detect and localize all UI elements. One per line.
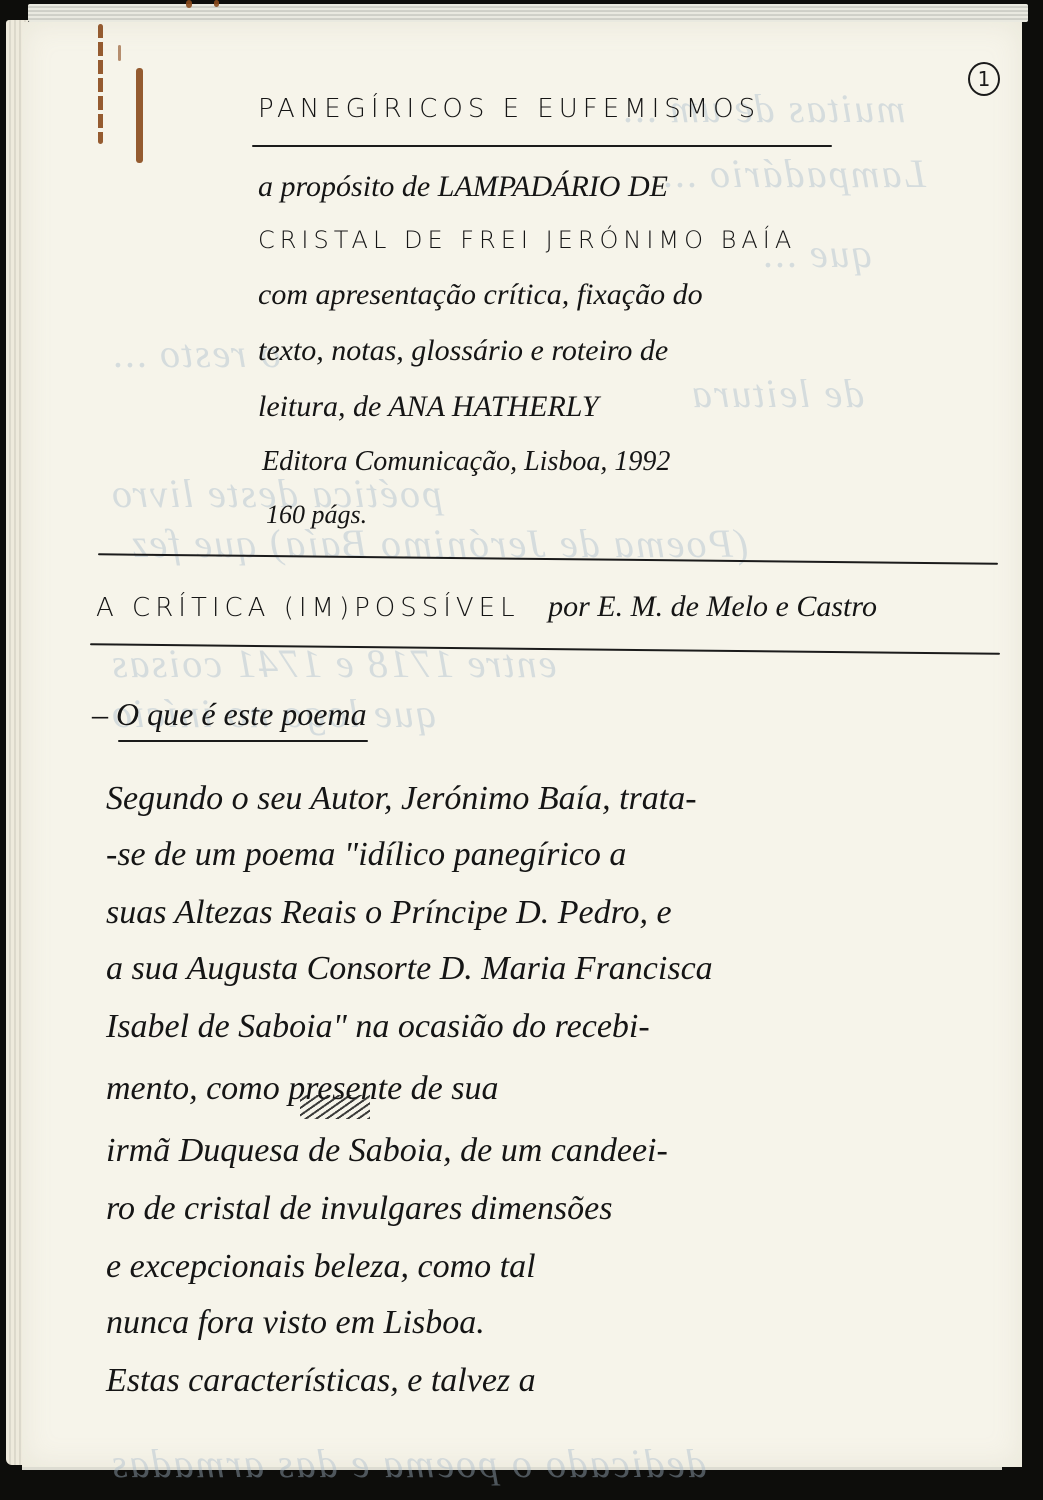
- circled-page-number: 1: [968, 62, 1000, 96]
- subtitle-line: com apresentação crítica, fixação do: [258, 278, 703, 312]
- stacked-pages-top-edge: [28, 4, 1028, 22]
- body-line: Estas características, e talvez a: [106, 1362, 536, 1400]
- subtitle-line: texto, notas, glossário e roteiro de: [258, 334, 668, 368]
- title-underline: [252, 145, 832, 147]
- body-line: irmã Duquesa de Saboia, de um candeei-: [106, 1132, 668, 1170]
- subtitle-line: leitura, de ANA HATHERLY: [258, 390, 599, 424]
- crossed-out-word: [300, 1095, 370, 1119]
- subtitle-line: CRISTAL DE FREI JERÓNIMO BAÍA: [258, 226, 796, 254]
- body-line: Segundo o seu Autor, Jerónimo Baía, trat…: [106, 780, 697, 818]
- rust-staple-mark: [98, 24, 103, 144]
- body-line: suas Altezas Reais o Príncipe D. Pedro, …: [106, 894, 672, 932]
- rust-spot: [186, 0, 192, 8]
- page-count: 160 págs.: [266, 500, 367, 530]
- manuscript-title: PANEGÍRICOS E EUFEMISMOS: [258, 94, 760, 124]
- body-line: nunca fora visto em Lisboa.: [106, 1304, 485, 1342]
- bleed-through-text: dedicado o poema e das armadas: [110, 1440, 707, 1487]
- bleed-through-text: o resto ...: [110, 330, 281, 377]
- body-line: Isabel de Saboia" na ocasião do recebi-: [106, 1008, 650, 1046]
- body-line: e excepcionais beleza, como tal: [106, 1248, 536, 1286]
- bleed-through-text: de leitura: [690, 370, 864, 417]
- publisher-line: Editora Comunicação, Lisboa, 1992: [262, 446, 670, 478]
- review-heading: A CRÍTICA (IM)POSSÍVEL por E. M. de Melo…: [96, 590, 877, 624]
- body-line: a sua Augusta Consorte D. Maria Francisc…: [106, 950, 713, 988]
- section-heading-underline: [118, 740, 368, 742]
- bleed-through-text: Lampadário ...: [660, 150, 926, 197]
- body-line: -se de um poema "idílico panegírico a: [106, 836, 626, 874]
- rust-spot: [118, 45, 121, 61]
- section-heading: – O que é este poema: [92, 696, 367, 733]
- rust-spot: [214, 0, 219, 7]
- review-byline: por E. M. de Melo e Castro: [548, 590, 877, 623]
- review-title: A CRÍTICA (IM)POSSÍVEL: [96, 593, 520, 623]
- subtitle-line: a propósito de LAMPADÁRIO DE: [258, 170, 668, 204]
- body-line: ro de cristal de invulgares dimensões: [106, 1190, 612, 1228]
- rust-staple-mark: [136, 68, 143, 163]
